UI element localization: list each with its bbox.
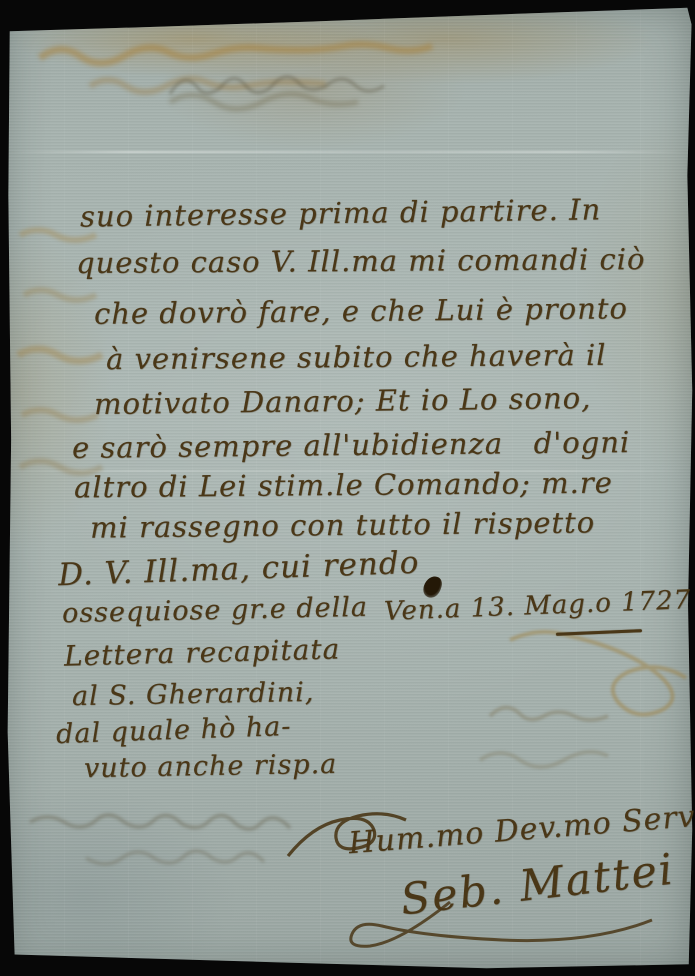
closing-line-2: ossequiose gr.e della [62, 593, 368, 629]
scanned-letter-screenshot: { "palette": { "background": "#070707", … [0, 0, 695, 976]
letter-line-8: mi rassegno con tutto il rispetto [90, 507, 595, 544]
letter-line-7: altro di Lei stim.le Comando; m.re [74, 468, 613, 505]
letter-line-2: questo caso V. Ill.ma mi comandi ciò [76, 244, 646, 280]
letter-line-6: e sarò sempre all'ubidienza d'ogni [72, 427, 630, 465]
letter-line-5: motivato Danaro; Et io Lo sono, [94, 383, 592, 421]
letter-line-4: à venirsene subito che haverà il [106, 340, 607, 376]
closing-line-6: vuto anche risp.a [84, 750, 338, 784]
closing-line-4: al S. Gherardini, [72, 678, 315, 712]
letter-line-3: che dovrò fare, e che Lui è pronto [94, 293, 628, 330]
